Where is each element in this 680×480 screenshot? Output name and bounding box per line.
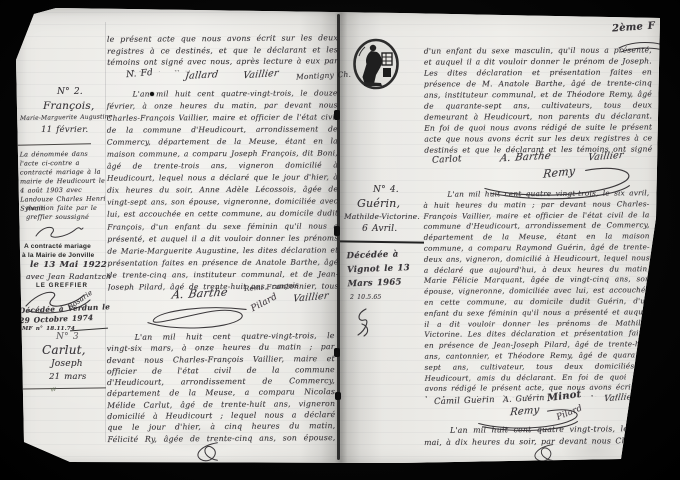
stain: [150, 420, 240, 454]
margin-act-firstnames: Mathilde-Victorine.: [344, 212, 420, 221]
act-continuation-paragraph: d'un enfant du sexe masculin, qu'il nous…: [424, 44, 653, 155]
margin-rule: [105, 22, 106, 442]
paraph-icon: [352, 306, 374, 338]
signature: N. Fd: [126, 68, 154, 80]
flourish-icon: [138, 300, 256, 334]
ink-dot: [150, 92, 154, 96]
margin-act-number: N° 3: [56, 332, 79, 342]
death-note-1965: Décédée à Vignot le 13 Mars 1965: [346, 247, 419, 291]
margin-act-surname: Guérin,: [357, 197, 400, 210]
signature: A. Guérin: [503, 393, 545, 404]
stain: [520, 275, 615, 335]
margin-act-surname: Carlut,: [42, 343, 86, 357]
signature: Carlot: [432, 154, 462, 166]
margin-act-date: 11 février.: [41, 125, 88, 135]
marriage-stamp-line: A contracté mariage: [24, 243, 91, 250]
register-double-page: le présent acte que nous avons écrit sur…: [0, 0, 680, 480]
margin-act-number: N° 4.: [373, 185, 399, 195]
margin-rule: [16, 387, 106, 389]
scan-background: { "scan": { "background_color": "#060606…: [0, 0, 680, 480]
stitch-mark: [334, 226, 340, 236]
stitch-mark: [335, 392, 341, 400]
clerk-mention: mention faite par le greffier soussigné: [26, 204, 106, 222]
death-ref-1965: 2 10.5.65: [350, 294, 381, 301]
margin-act-firstnames: Marie-Marguerite Augustine: [20, 113, 113, 122]
signature: Pilard: [249, 292, 279, 314]
margin-act-date: 6 Avril.: [362, 224, 397, 234]
margin-act-firstname: Joseph: [51, 359, 83, 369]
page-number: 2ème F: [612, 21, 656, 35]
margin-act-date: 21 mars: [49, 372, 86, 382]
pencil-mark: w: [49, 384, 57, 393]
marriage-stamp-line: à la Mairie de Jonville: [22, 252, 94, 259]
marriage-stamp-date: le 13 Mai 1922: [30, 260, 107, 270]
margin-act-surname: François,: [43, 100, 94, 112]
stain: [560, 428, 630, 468]
revenue-stamp-icon: [351, 36, 403, 94]
margin-act-number: N° 2.: [57, 87, 83, 97]
signature: Vaillier: [242, 68, 279, 82]
stitch-mark: [334, 110, 340, 120]
signature: Vaillier: [603, 392, 636, 404]
paraph-icon: [32, 222, 84, 240]
marriage-stamp-spouse: avec Jean Radantzch: [26, 272, 111, 281]
margin-rule: [17, 143, 91, 146]
signature: Jallard: [184, 69, 219, 82]
stain: [290, 345, 340, 365]
strike-mark: [70, 328, 108, 332]
death-note-1974: Décédée à Verdun le 29 Octobre 1974: [19, 302, 118, 326]
